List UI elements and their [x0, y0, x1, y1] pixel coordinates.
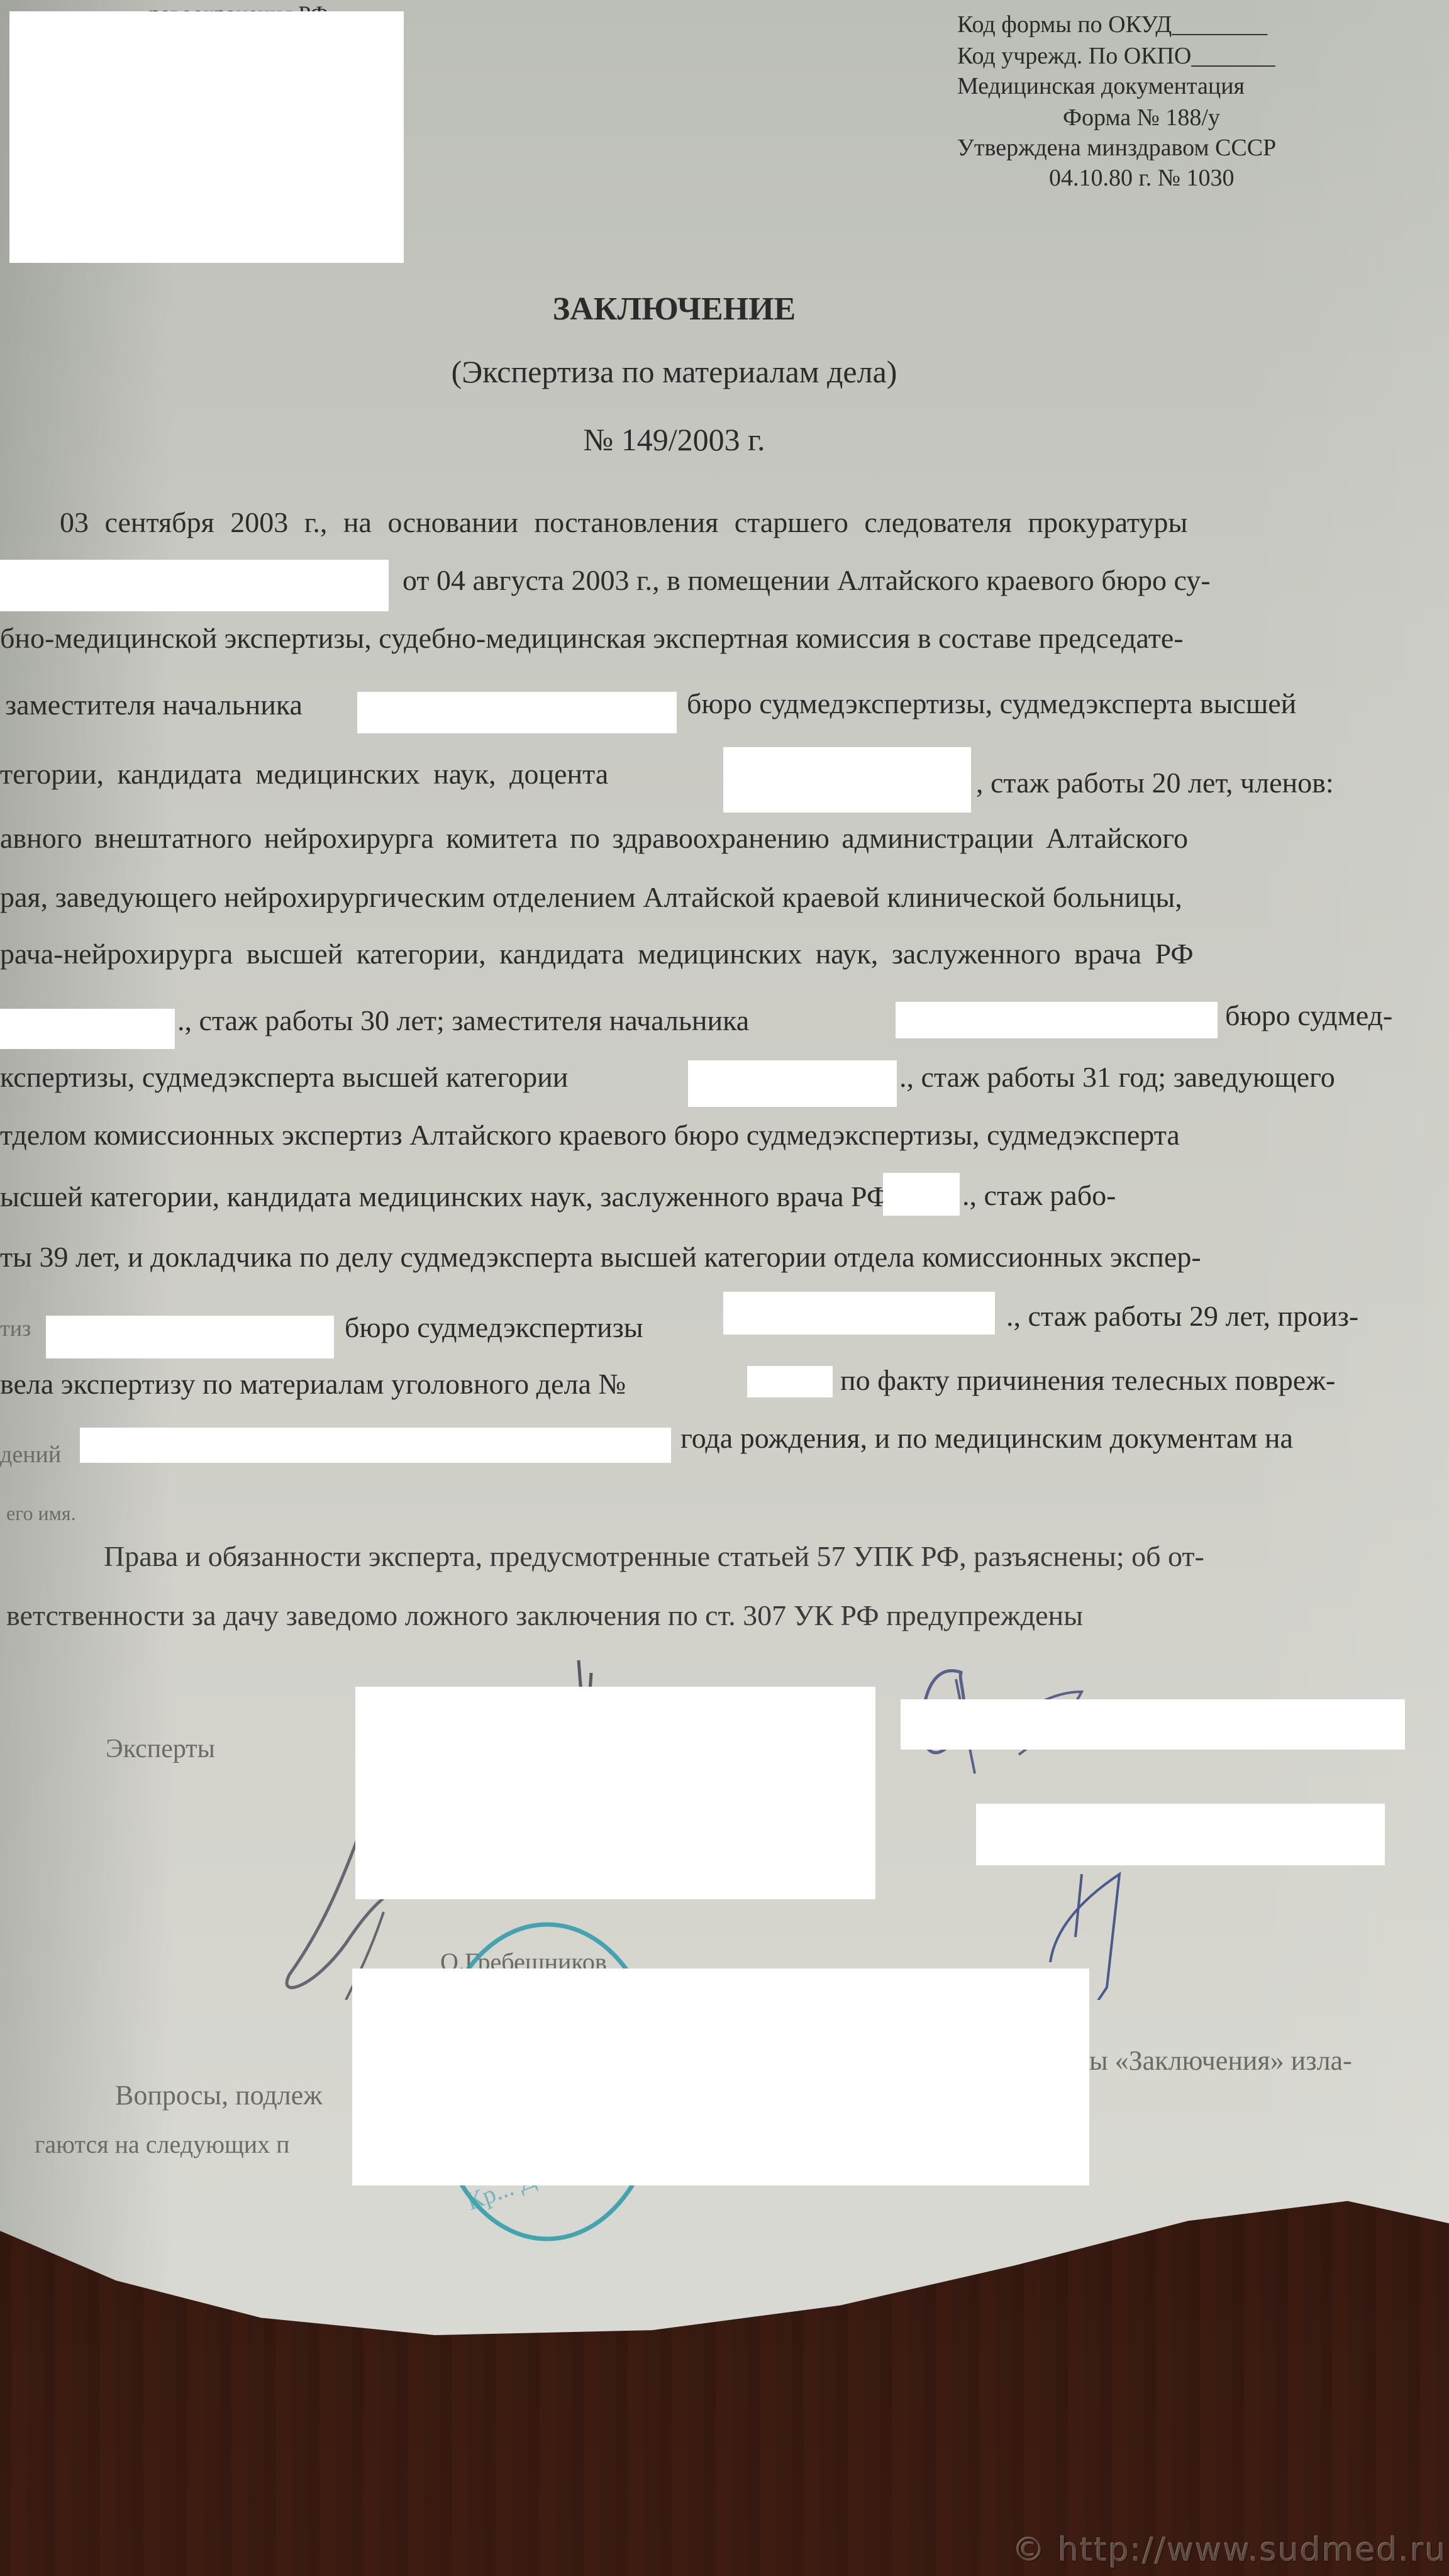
body-line: , стаж работы 20 лет, членов: [976, 769, 1334, 797]
document-subtitle: (Экспертиза по материалам дела) [0, 353, 1399, 390]
body-line: ., стаж работы 30 лет; заместителя начал… [177, 1006, 749, 1035]
questions-line-1-end: ы «Заключения» изла- [1089, 2047, 1352, 2075]
body-line: тделом комиссионных экспертиз Алтайского… [0, 1121, 1180, 1150]
redaction [747, 1366, 833, 1397]
experts-label: Эксперты [106, 1736, 215, 1762]
questions-line-2: гаются на следующих п [35, 2132, 290, 2157]
body-line: бюро судмедэкспертизы, судмедэксперта вы… [687, 689, 1296, 718]
redaction [357, 692, 677, 733]
rights-line-1: Права и обязанности эксперта, предусмотр… [104, 1542, 1204, 1571]
medical-doc-label: Медицинская документация [957, 74, 1245, 98]
redaction-signature-3 [976, 1804, 1385, 1865]
body-line: по факту причинения телесных повреж- [840, 1366, 1335, 1395]
redaction [883, 1173, 960, 1216]
body-line: бюро судмедэкспертизы [345, 1313, 643, 1342]
body-line: ., стаж рабо- [962, 1181, 1116, 1210]
redaction [688, 1060, 897, 1107]
body-line: его имя. [6, 1503, 76, 1523]
body-line: ты 39 лет, и докладчика по делу судмедэк… [0, 1243, 1201, 1272]
body-line: от 04 августа 2003 г., в помещении Алтай… [402, 566, 1211, 595]
body-line: года рождения, и по медицинским документ… [680, 1424, 1293, 1453]
body-line: тегории, кандидата медицинских наук, доц… [0, 760, 608, 789]
approved-by: Утверждена минздравом СССР [957, 136, 1276, 160]
form-number: Форма № 188/у [1063, 106, 1220, 130]
redaction [896, 1002, 1218, 1038]
body-line: авного внештатного нейрохирурга комитета… [0, 824, 1188, 853]
body-line: вела экспертизу по материалам уголовного… [0, 1370, 626, 1399]
body-line: дений [0, 1443, 61, 1467]
body-line: заместителя начальника [5, 691, 303, 719]
redaction [0, 560, 389, 611]
body-line: кспертизы, судмедэксперта высшей категор… [0, 1063, 568, 1092]
redaction [46, 1316, 334, 1358]
okud-code: Код формы по ОКУД________ [957, 13, 1267, 36]
rights-line-2: ветственности за дачу заведомо ложного з… [6, 1601, 1083, 1630]
redaction [80, 1428, 671, 1463]
body-line: 03 сентября 2003 г., на основании постан… [60, 508, 1187, 537]
redaction-signature-2 [901, 1699, 1405, 1750]
body-line: ., стаж работы 29 лет, произ- [1006, 1302, 1358, 1331]
redaction [723, 1292, 995, 1335]
redaction-bottom [352, 1968, 1089, 2185]
body-line: бюро судмед- [1225, 1001, 1392, 1030]
okpo-code: Код учрежд. По ОКПО_______ [957, 44, 1275, 68]
watermark-copyright: © http://www.sudmed.ru [1013, 2531, 1447, 2569]
approval-order: 04.10.80 г. № 1030 [1049, 166, 1235, 190]
document-page: ...равоохранения РФ Код формы по ОКУД___… [0, 0, 1449, 2484]
document-number: № 149/2003 г. [0, 421, 1399, 458]
body-line: ысшей категории, кандидата медицинских н… [0, 1182, 889, 1211]
body-line: ., стаж работы 31 год; заведующего [899, 1063, 1335, 1092]
redaction [723, 747, 971, 813]
body-line: рача-нейрохирурга высшей категории, канд… [0, 940, 1194, 969]
document-title: ЗАКЛЮЧЕНИЕ [0, 291, 1399, 328]
body-line: тиз [0, 1317, 31, 1340]
redaction [0, 1009, 175, 1049]
redaction-signature-1 [355, 1687, 875, 1899]
body-line: рая, заведующего нейрохирургическим отде… [0, 883, 1182, 912]
questions-line-1-start: Вопросы, подлеж [115, 2082, 323, 2109]
body-line: бно-медицинской экспертизы, судебно-меди… [0, 624, 1184, 653]
redaction-header-left [9, 11, 404, 263]
